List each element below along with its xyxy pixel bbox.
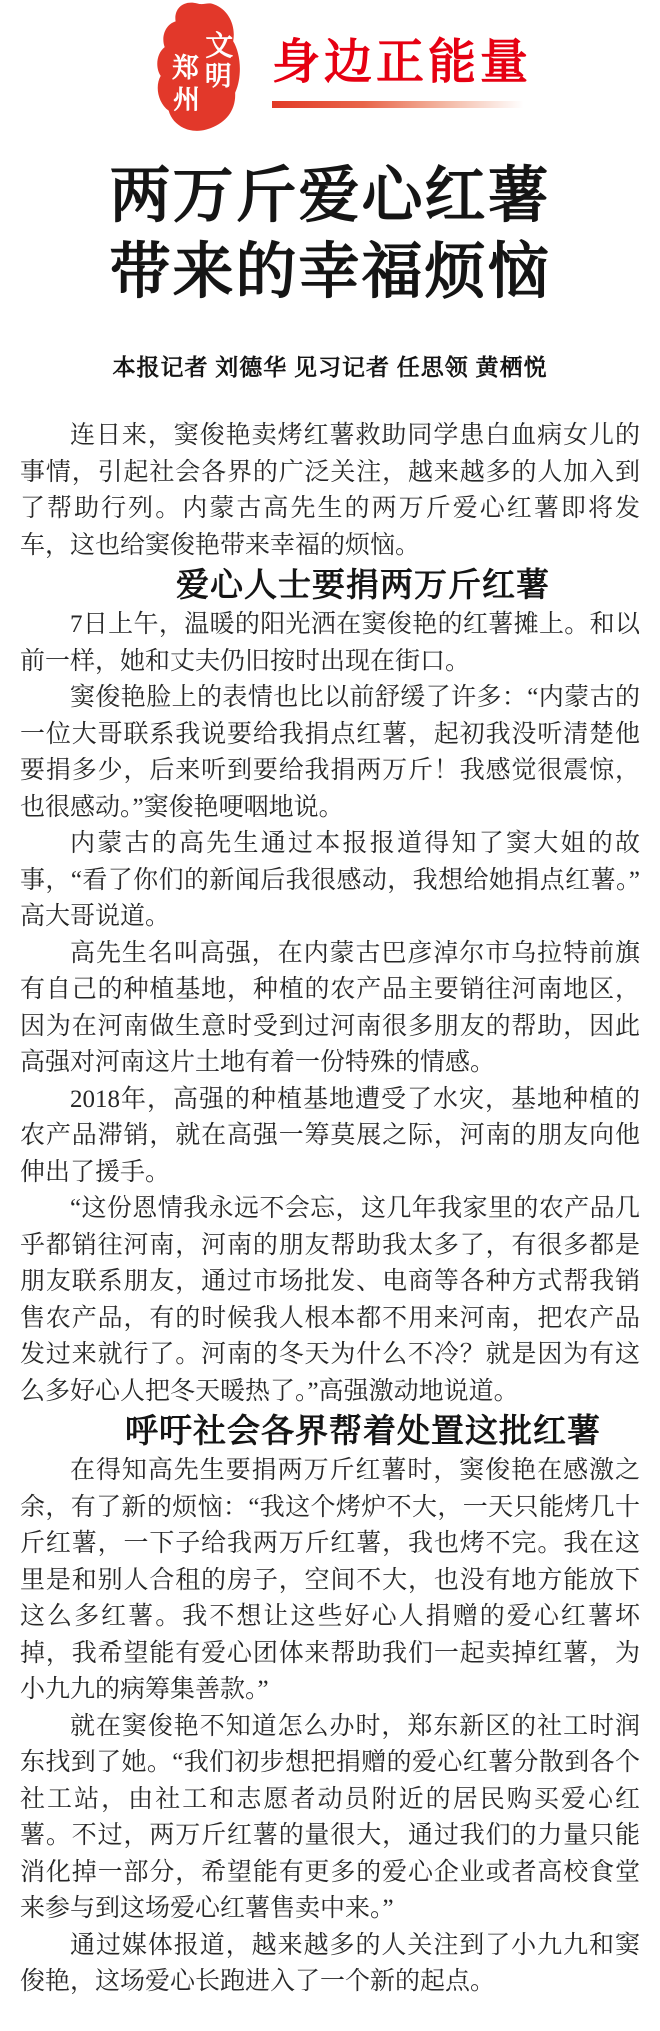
seal-char-wen: 文 (205, 31, 233, 62)
intro-paragraph: 连日来，窦俊艳卖烤红薯救助同学患白血病女儿的事情，引起社会各界的广泛关注，越来越… (20, 418, 640, 564)
accent-gradient-bar (272, 101, 534, 108)
body-paragraph: 就在窦俊艳不知道怎么办时，郑东新区的社工时润东找到了她。“我们初步想把捐赠的爱心… (20, 1709, 640, 1928)
body-paragraph: 内蒙古的高先生通过本报报道得知了窦大姐的故事，“看了你们的新闻后我很感动，我想给… (20, 826, 640, 936)
article-body: 连日来，窦俊艳卖烤红薯救助同学患白血病女儿的事情，引起社会各界的广泛关注，越来越… (0, 418, 660, 2030)
body-paragraph: 窦俊艳脸上的表情也比以前舒缓了许多：“内蒙古的一位大哥联系我说要给我捐点红薯，起… (20, 680, 640, 826)
section-heading-2: 呼吁社会各界帮着处置这批红薯 (20, 1410, 640, 1453)
masthead-right: 身边正能量 (272, 0, 534, 108)
body-paragraph: 在得知高先生要捐两万斤红薯时，窦俊艳在感激之余，有了新的烦恼：“我这个烤炉不大，… (20, 1453, 640, 1709)
body-paragraph: 高先生名叫高强，在内蒙古巴彦淖尔市乌拉特前旗有自己的种植基地，种植的农产品主要销… (20, 936, 640, 1082)
newspaper-article-page: 文 明 郑 州 身边正能量 两万斤爱心红薯 带来的幸福烦恼 本报记者 刘德华 见… (0, 0, 660, 2031)
seal-char-zheng: 郑 (172, 52, 199, 83)
civilized-zhengzhou-seal-icon: 文 明 郑 州 (128, 0, 252, 134)
article-title-line1: 两万斤爱心红薯 (109, 161, 550, 229)
seal-char-zhou: 州 (173, 85, 200, 115)
seal-char-ming: 明 (205, 61, 232, 91)
body-paragraph: 7日上午，温暖的阳光洒在窦俊艳的红薯摊上。和以前一样，她和丈夫仍旧按时出现在街口… (20, 607, 640, 680)
body-paragraph: 2018年，高强的种植基地遭受了水灾，基地种植的农产品滞销，就在高强一筹莫展之际… (20, 1082, 640, 1192)
byline: 本报记者 刘德华 见习记者 任思领 黄栖悦 (0, 349, 660, 382)
article-title-line2: 带来的幸福烦恼 (109, 237, 550, 305)
article-title: 两万斤爱心红薯 带来的幸福烦恼 (0, 158, 660, 309)
seal-stamp-graphic: 文 明 郑 州 (128, 0, 252, 134)
body-paragraph: 通过媒体报道，越来越多的人关注到了小九九和窦俊艳，这场爱心长跑进入了一个新的起点… (20, 1928, 640, 2001)
section-heading-1: 爱心人士要捐两万斤红薯 (20, 564, 640, 607)
body-paragraph: “这份恩情我永远不会忘，这几年我家里的农产品几乎都销往河南，河南的朋友帮助我太多… (20, 1191, 640, 1410)
masthead: 文 明 郑 州 身边正能量 (0, 0, 660, 138)
column-title: 身边正能量 (272, 38, 534, 88)
